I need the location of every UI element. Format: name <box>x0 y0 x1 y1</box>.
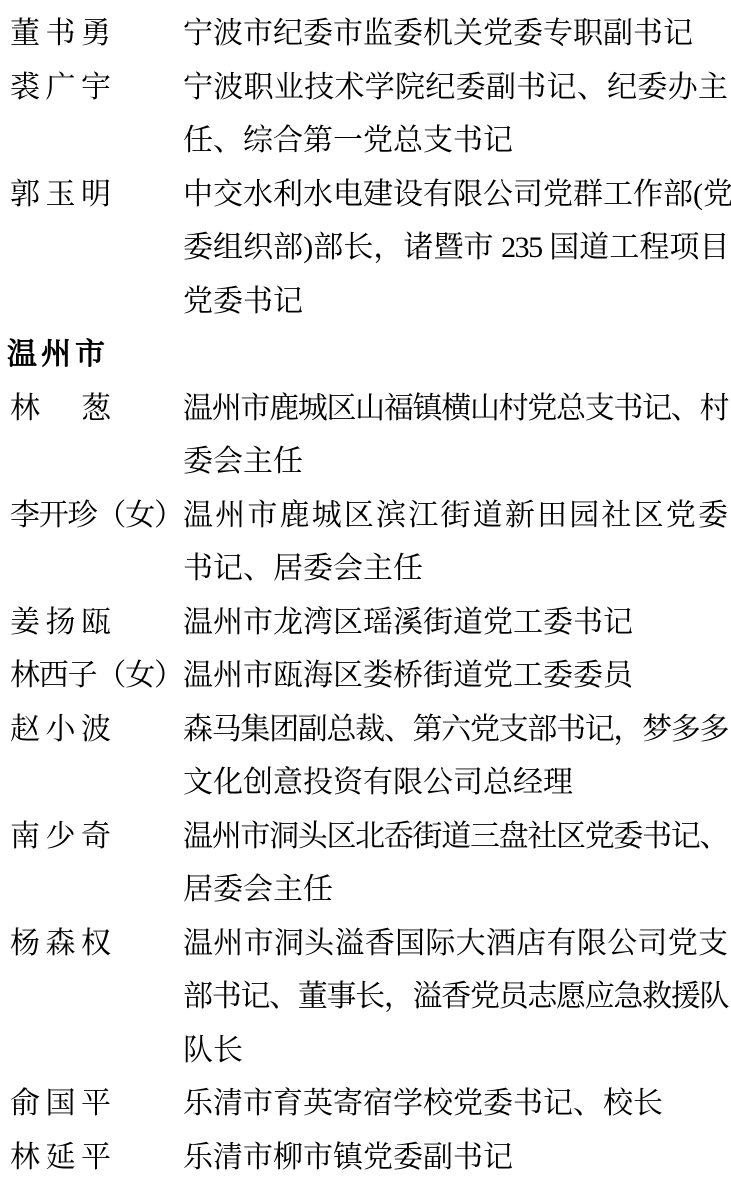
entry-line: 乐清市柳市镇党委副书记 <box>183 1131 728 1185</box>
entry-row: 董书勇宁波市纪委市监委机关党委专职副书记 <box>10 7 731 61</box>
entry-line: 队长 <box>183 1024 728 1078</box>
entry-description: 宁波市纪委市监委机关党委专职副书记 <box>183 7 728 61</box>
entry-row: 姜扬瓯温州市龙湾区瑶溪街道党工委书记 <box>10 596 731 650</box>
entry-name: 林延平 <box>10 1131 111 1185</box>
entry-description: 温州市洞头区北岙街道三盘社区党委书记、居委会主任 <box>183 810 728 917</box>
entry-line: 任、综合第一党总支书记 <box>183 114 728 168</box>
entry-name-cell: 俞国平 <box>10 1077 183 1131</box>
entry-row: 林西子（女）温州市瓯海区娄桥街道党工委委员 <box>10 649 731 703</box>
entry-name: 南少奇 <box>10 810 111 864</box>
entry-description: 温州市洞头溢香国际大酒店有限公司党支部书记、董事长，溢香党员志愿应急救援队队长 <box>183 917 728 1078</box>
entry-row: 郭玉明中交水利水电建设有限公司党群工作部(党委组织部)部长，诸暨市 235 国道… <box>10 168 731 329</box>
entry-name-cell: 裘广宇 <box>10 61 183 115</box>
entry-line: 部书记、董事长，溢香党员志愿应急救援队 <box>183 970 728 1024</box>
entry-name: 赵小波 <box>10 703 111 757</box>
entry-description: 温州市鹿城区滨江街道新田园社区党委书记、居委会主任 <box>183 489 728 596</box>
entry-description: 宁波职业技术学院纪委副书记、纪委办主任、综合第一党总支书记 <box>183 61 728 168</box>
entry-description: 温州市瓯海区娄桥街道党工委委员 <box>183 649 728 703</box>
entry-description: 乐清市柳市镇党委副书记 <box>183 1131 728 1185</box>
entry-name-cell: 姜扬瓯 <box>10 596 183 650</box>
entry-name: 林西子（女） <box>10 649 183 703</box>
entry-name-cell: 林西子（女） <box>10 649 183 703</box>
entry-name-cell: 赵小波 <box>10 703 183 757</box>
entry-name-cell: 南少奇 <box>10 810 183 864</box>
entry-line: 温州市龙湾区瑶溪街道党工委书记 <box>183 596 728 650</box>
entry-name: 裘广宇 <box>10 61 111 115</box>
entry-row: 杨森权温州市洞头溢香国际大酒店有限公司党支部书记、董事长，溢香党员志愿应急救援队… <box>10 917 731 1078</box>
document-page: 董书勇宁波市纪委市监委机关党委专职副书记裘广宇宁波职业技术学院纪委副书记、纪委办… <box>0 0 731 1201</box>
entry-line: 文化创意投资有限公司总经理 <box>183 756 728 810</box>
entry-line: 宁波职业技术学院纪委副书记、纪委办主 <box>183 61 728 115</box>
entry-row: 林 葱温州市鹿城区山福镇横山村党总支书记、村委会主任 <box>10 382 731 489</box>
entry-line: 温州市洞头溢香国际大酒店有限公司党支 <box>183 917 728 971</box>
entry-name: 李开珍（女） <box>10 489 183 543</box>
entry-line: 温州市鹿城区山福镇横山村党总支书记、村 <box>183 382 728 436</box>
entry-name: 董书勇 <box>10 7 111 61</box>
entry-row: 李开珍（女）温州市鹿城区滨江街道新田园社区党委书记、居委会主任 <box>10 489 731 596</box>
entry-line: 宁波市纪委市监委机关党委专职副书记 <box>183 7 728 61</box>
section-header: 温州市 <box>7 328 731 382</box>
entry-name: 俞国平 <box>10 1077 111 1131</box>
entry-name: 林 葱 <box>10 382 111 436</box>
entry-row: 南少奇温州市洞头区北岙街道三盘社区党委书记、居委会主任 <box>10 810 731 917</box>
entry-line: 温州市鹿城区滨江街道新田园社区党委 <box>183 489 728 543</box>
entry-name: 姜扬瓯 <box>10 596 111 650</box>
entry-row: 林延平乐清市柳市镇党委副书记 <box>10 1131 731 1185</box>
entry-name-cell: 林延平 <box>10 1131 183 1185</box>
entry-line: 委组织部)部长，诸暨市 235 国道工程项目 <box>183 221 728 275</box>
entry-line: 党委书记 <box>183 275 728 329</box>
entry-description: 温州市龙湾区瑶溪街道党工委书记 <box>183 596 728 650</box>
entry-row: 俞国平乐清市育英寄宿学校党委书记、校长 <box>10 1077 731 1131</box>
entry-line: 书记、居委会主任 <box>183 542 728 596</box>
entry-line: 森马集团副总裁、第六党支部书记，梦多多 <box>183 703 728 757</box>
entry-name-cell: 李开珍（女） <box>10 489 183 543</box>
entry-name-cell: 董书勇 <box>10 7 183 61</box>
entry-line: 温州市洞头区北岙街道三盘社区党委书记、 <box>183 810 728 864</box>
entry-row: 赵小波森马集团副总裁、第六党支部书记，梦多多文化创意投资有限公司总经理 <box>10 703 731 810</box>
entry-name: 郭玉明 <box>10 168 111 222</box>
entry-name-cell: 郭玉明 <box>10 168 183 222</box>
entry-line: 乐清市育英寄宿学校党委书记、校长 <box>183 1077 728 1131</box>
entry-description: 森马集团副总裁、第六党支部书记，梦多多文化创意投资有限公司总经理 <box>183 703 728 810</box>
entry-description: 乐清市育英寄宿学校党委书记、校长 <box>183 1077 728 1131</box>
entry-name-cell: 林 葱 <box>10 382 183 436</box>
entry-description: 温州市鹿城区山福镇横山村党总支书记、村委会主任 <box>183 382 728 489</box>
entry-line: 居委会主任 <box>183 863 728 917</box>
entry-line: 中交水利水电建设有限公司党群工作部(党 <box>183 168 728 222</box>
entry-name: 杨森权 <box>10 917 111 971</box>
entry-row: 裘广宇宁波职业技术学院纪委副书记、纪委办主任、综合第一党总支书记 <box>10 61 731 168</box>
entry-line: 温州市瓯海区娄桥街道党工委委员 <box>183 649 728 703</box>
entry-line: 委会主任 <box>183 435 728 489</box>
entry-name-cell: 杨森权 <box>10 917 183 971</box>
entry-description: 中交水利水电建设有限公司党群工作部(党委组织部)部长，诸暨市 235 国道工程项… <box>183 168 728 329</box>
